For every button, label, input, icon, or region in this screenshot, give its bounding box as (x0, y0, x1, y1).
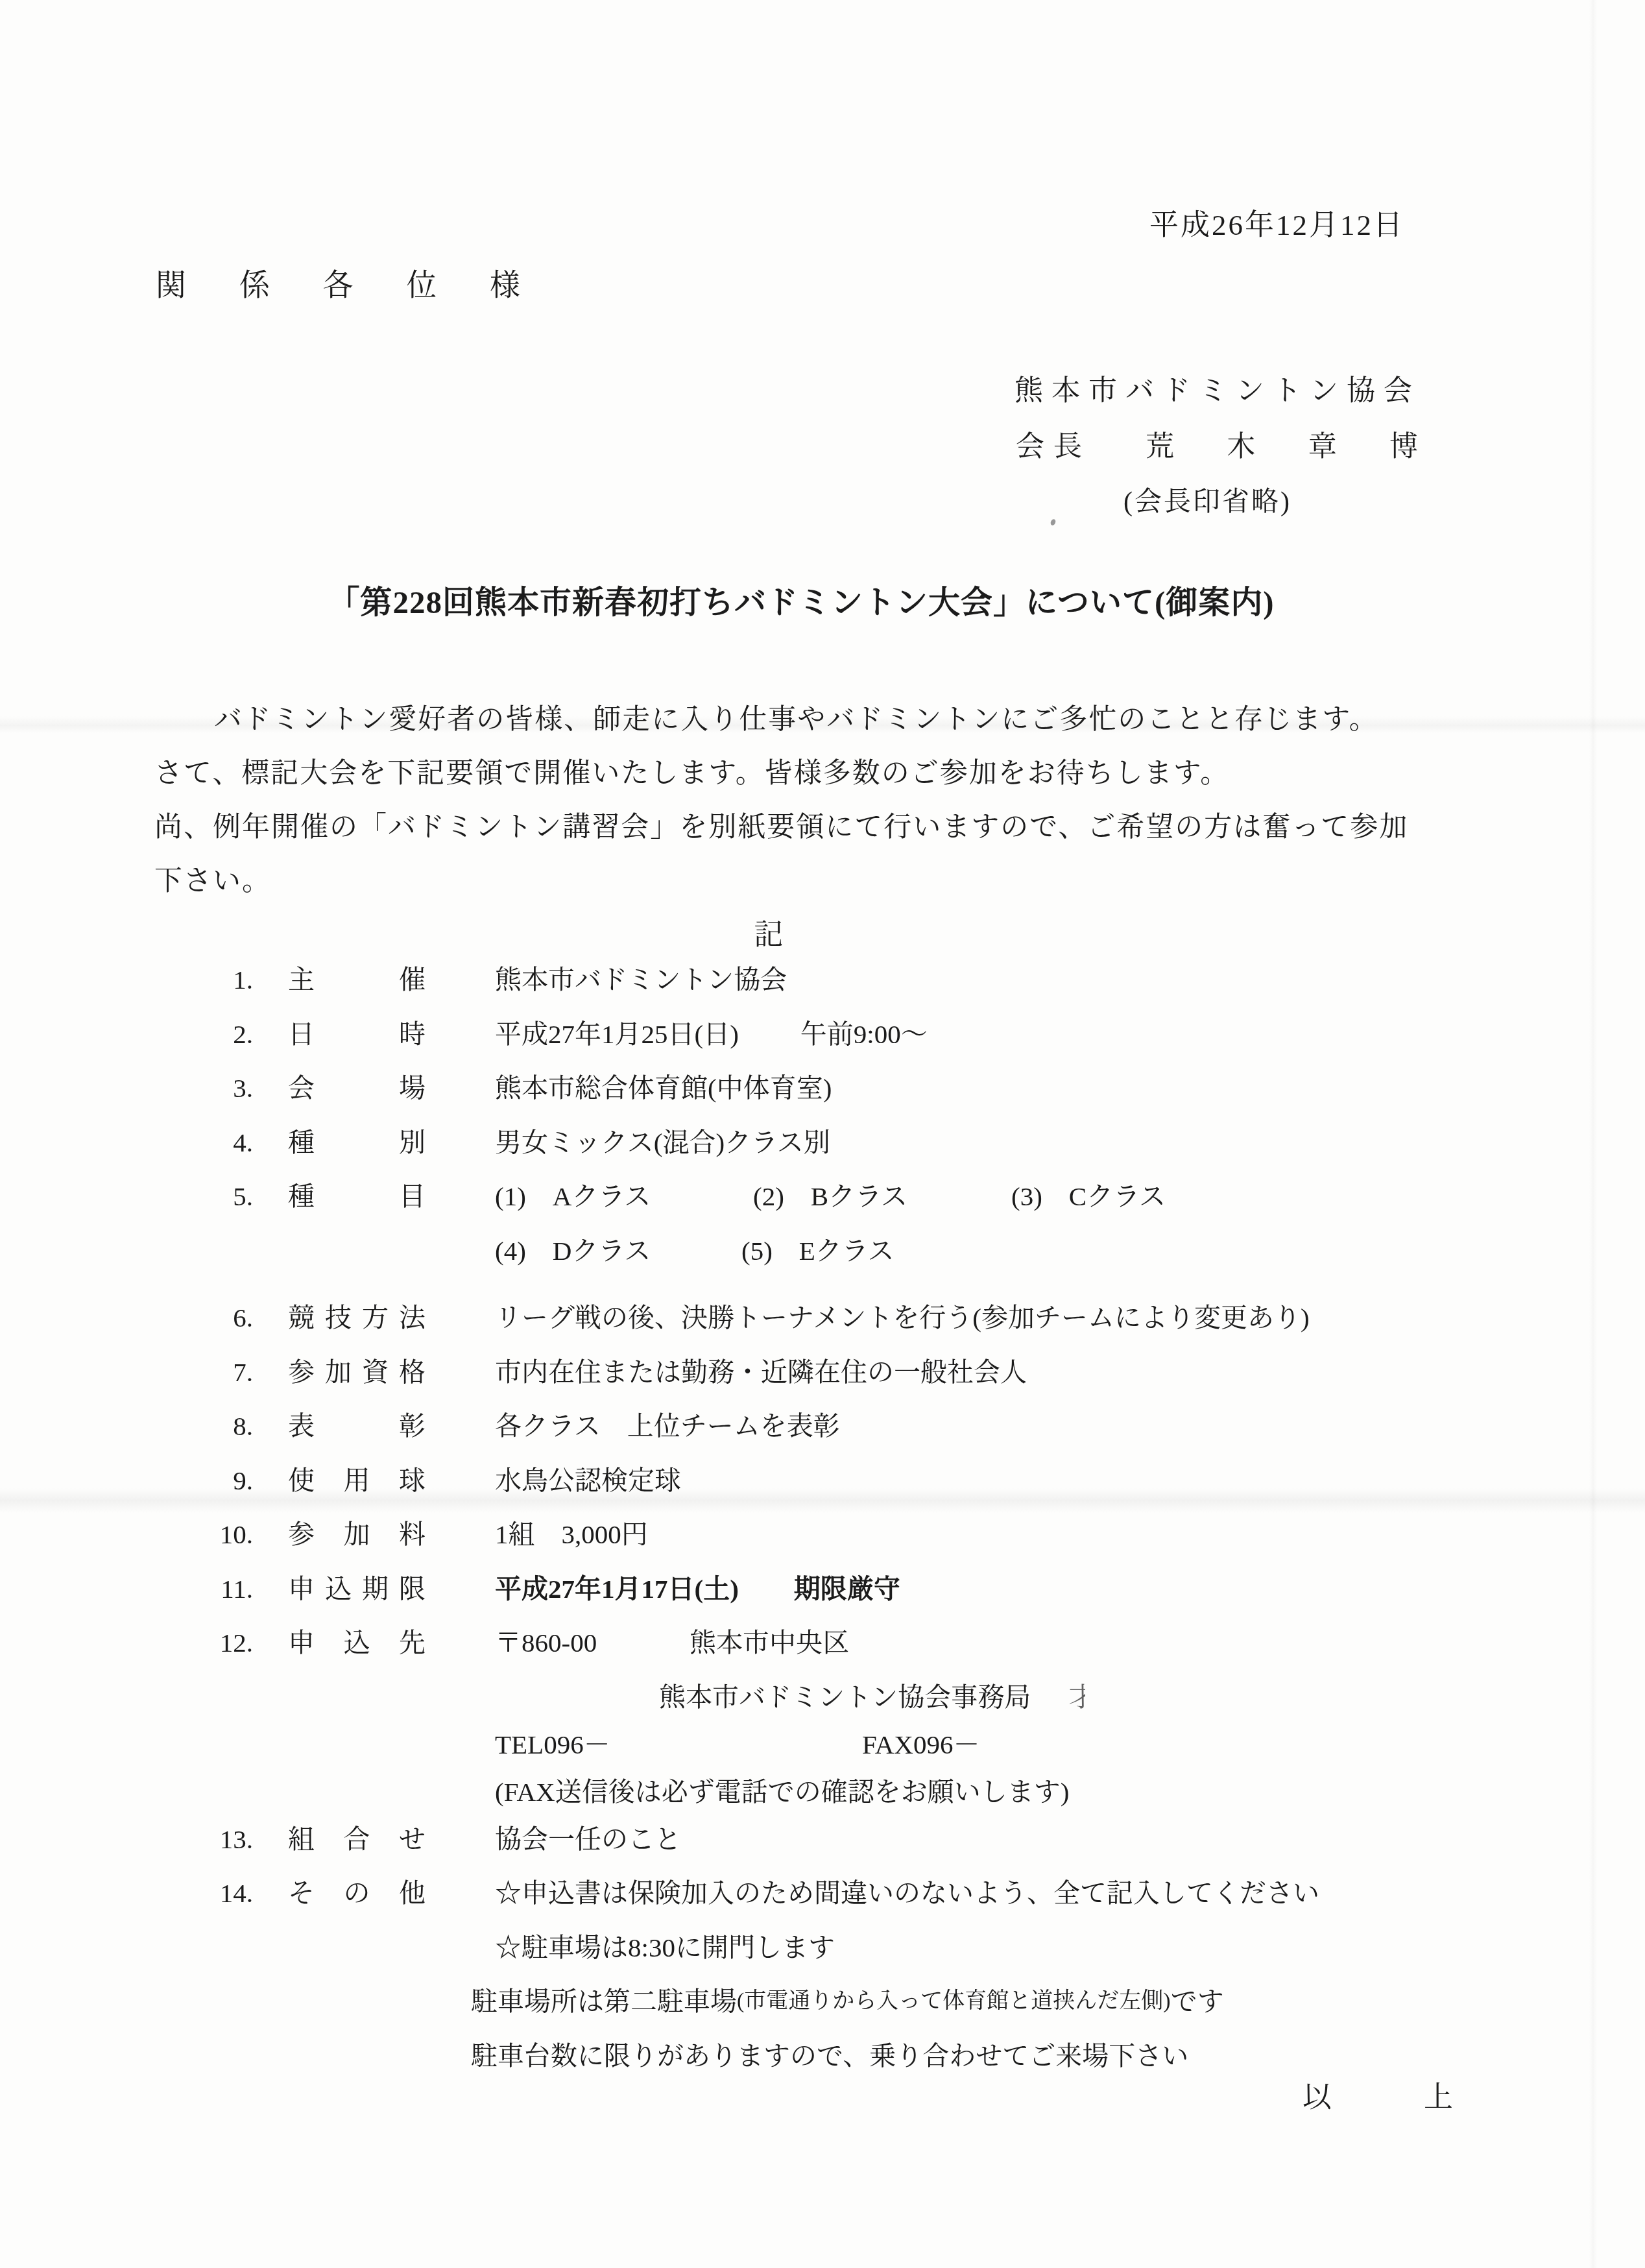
item-value: 熊本市バドミントン協会事務局 才 (659, 1679, 1085, 1715)
recipient: 関係各位様 (156, 261, 520, 304)
list-item-awards: 8. 表彰 各クラス 上位チームを表彰 (162, 1408, 1589, 1462)
item-label: 参加資格 (288, 1354, 426, 1390)
item-number: 11. (162, 1571, 253, 1607)
item-label: 種目 (288, 1178, 426, 1214)
deadline-note: 期限厳守 (794, 1571, 900, 1607)
item-value: 平成27年1月25日(日) 午前9:00～ (495, 1016, 928, 1052)
class-entry: (1) Aクラス (495, 1178, 753, 1214)
item-number: 2. (162, 1016, 253, 1052)
item-number: 9. (162, 1462, 253, 1499)
greeting-paragraph: バドミントン愛好者の皆様、師走に入り仕事やバドミントンにご多忙のことと存じます。… (154, 693, 1387, 908)
item-value: 協会一任のこと (495, 1821, 681, 1857)
scan-remnant-mark: 才 (1068, 1679, 1085, 1715)
item-number: 5. (162, 1178, 253, 1214)
event-time: 午前9:00～ (800, 1016, 928, 1052)
item-value: 〒860-00 熊本市中央区 (495, 1624, 849, 1661)
event-date: 平成27年1月25日(日) (495, 1016, 739, 1052)
parking-location-paren: (市電通りから入って体育館と道挟んだ左側) (737, 1983, 1171, 2020)
item-value: (4) Dクラス (5) Eクラス (495, 1233, 895, 1269)
class-entry: (3) Cクラス (1011, 1178, 1166, 1214)
sender-line: 会長 荒木章博 (1016, 423, 1418, 464)
item-value: 市内在住または勤務・近隣在住の一般社会人 (495, 1354, 1027, 1390)
greeting-line: さて、標記大会を下記要領で開催いたします。皆様多数のご参加をお待ちします。 (154, 747, 1387, 801)
parking-location-suffix: です (1171, 1983, 1224, 2020)
item-number: 12. (162, 1624, 253, 1661)
postal-code: 〒860-00 (495, 1624, 690, 1661)
subject-title: 「第228回熊本市新春初打ちバドミントン大会」について(御案内) (0, 577, 1602, 623)
greeting-line: バドミントン愛好者の皆様、師走に入り仕事やバドミントンにご多忙のことと存じます。 (154, 693, 1387, 747)
list-item-pairing: 13. 組合せ 協会一任のこと (162, 1821, 1589, 1876)
item-value: 水鳥公認検定球 (495, 1462, 681, 1499)
list-item-deadline: 11. 申込期限 平成27年1月17日(土) 期限厳守 (162, 1571, 1589, 1625)
item-label: 会場 (288, 1070, 426, 1106)
item-value: TEL096－ FAX096－ (495, 1726, 979, 1763)
item-number: 8. (162, 1408, 253, 1444)
other-note-line: 駐車場所は第二駐車場 (市電通りから入って体育館と道挟んだ左側) です (162, 1983, 1589, 2038)
sender-organization: 熊本市バドミントン協会 (1015, 367, 1421, 409)
scan-edge-streak (1589, 0, 1597, 2268)
other-note-3: 駐車場所は第二駐車場 (市電通りから入って体育館と道挟んだ左側) です (471, 1983, 1224, 2020)
class-entry: (4) Dクラス (495, 1233, 741, 1269)
item-value: 熊本市総合体育館(中体育室) (495, 1070, 832, 1106)
item-value: リーグ戦の後、決勝トーナメントを行う(参加チームにより変更あり) (495, 1299, 1310, 1336)
item-value: (1) Aクラス (2) Bクラス (3) Cクラス (495, 1178, 1166, 1214)
fax-number: FAX096－ (862, 1726, 979, 1763)
office-name: 熊本市バドミントン協会事務局 (659, 1679, 1031, 1715)
closing-ijou: 以上 (1303, 2073, 1453, 2116)
details-list: 1. 主催 熊本市バドミントン協会 2. 日時 平成27年1月25日(日) 午前… (162, 961, 1589, 2092)
item-label: 申込先 (288, 1624, 426, 1661)
greeting-line: 尚、例年開催の「バドミントン講習会」を別紙要領にて行いますので、ご希望の方は奮っ… (154, 801, 1387, 854)
item-number: 7. (162, 1354, 253, 1390)
fax-confirmation-note: (FAX送信後は必ず電話での確認をお願いします) (495, 1774, 1069, 1810)
item-number: 4. (162, 1124, 253, 1161)
scanned-letter-page: 平成26年12月12日 関係各位様 熊本市バドミントン協会 会長 荒木章博 (会… (0, 0, 1645, 2268)
item-label: 組合せ (288, 1821, 426, 1857)
sender-name: 荒木章博 (1146, 423, 1418, 464)
item-value: 1組 3,000円 (495, 1516, 648, 1552)
class-entry: (5) Eクラス (741, 1233, 895, 1269)
deadline-date: 平成27年1月17日(土) (495, 1571, 739, 1607)
item-number: 14. (162, 1875, 253, 1911)
list-item-category: 4. 種別 男女ミックス(混合)クラス別 (162, 1124, 1589, 1179)
item-number: 10. (162, 1516, 253, 1552)
item-number: 13. (162, 1821, 253, 1857)
application-office-line: 熊本市バドミントン協会事務局 才 (162, 1679, 1589, 1726)
scan-speck (1050, 518, 1056, 526)
item-value: 男女ミックス(混合)クラス別 (495, 1124, 830, 1161)
list-item-format: 6. 競技方法 リーグ戦の後、決勝トーナメントを行う(参加チームにより変更あり) (162, 1299, 1589, 1354)
item-label: その他 (288, 1875, 426, 1911)
other-note-1: ☆申込書は保険加入のため間違いのないよう、全て記入してください (495, 1875, 1319, 1911)
list-item-other: 14. その他 ☆申込書は保険加入のため間違いのないよう、全て記入してください (162, 1875, 1589, 1929)
letter-date: 平成26年12月12日 (1149, 201, 1404, 243)
item-value: 平成27年1月17日(土) 期限厳守 (495, 1571, 900, 1607)
ki-marker: 記 (0, 911, 1537, 953)
item-label: 主催 (288, 961, 426, 998)
item-number: 1. (162, 961, 253, 998)
item-label: 申込期限 (288, 1571, 426, 1607)
item-label: 競技方法 (288, 1299, 426, 1336)
parking-location-text: 駐車場所は第二駐車場 (471, 1983, 737, 2020)
seal-omitted-note: (会長印省略) (1123, 480, 1291, 519)
list-item-application: 12. 申込先 〒860-00 熊本市中央区 (162, 1624, 1589, 1679)
other-note-2: ☆駐車場は8:30に開門します (495, 1929, 835, 1966)
item-value: 熊本市バドミントン協会 (495, 961, 787, 998)
list-item-eligibility: 7. 参加資格 市内在住または勤務・近隣在住の一般社会人 (162, 1354, 1589, 1408)
tel-number: TEL096－ (495, 1726, 862, 1763)
item-label: 種別 (288, 1124, 426, 1161)
class-entry: (2) Bクラス (753, 1178, 1011, 1214)
address-city: 熊本市中央区 (690, 1624, 849, 1661)
item-label: 表彰 (288, 1408, 426, 1444)
item-label: 使用球 (288, 1462, 426, 1499)
list-item-events-cont: (4) Dクラス (5) Eクラス (162, 1233, 1589, 1287)
other-note-4: 駐車台数に限りがありますので、乗り合わせてご来場下さい (471, 2038, 1188, 2074)
sender-title: 会長 (1016, 423, 1091, 464)
item-value: 各クラス 上位チームを表彰 (495, 1408, 840, 1444)
list-item-venue: 3. 会場 熊本市総合体育館(中体育室) (162, 1070, 1589, 1124)
item-label: 参加料 (288, 1516, 426, 1552)
application-phone-line: TEL096－ FAX096－ (162, 1726, 1589, 1774)
list-item-events: 5. 種目 (1) Aクラス (2) Bクラス (3) Cクラス (162, 1178, 1589, 1233)
greeting-line: 下さい。 (154, 854, 1387, 908)
application-faxnote-line: (FAX送信後は必ず電話での確認をお願いします) (162, 1774, 1589, 1821)
other-note-line: ☆駐車場は8:30に開門します (162, 1929, 1589, 1984)
item-number: 6. (162, 1299, 253, 1336)
list-item-host: 1. 主催 熊本市バドミントン協会 (162, 961, 1589, 1016)
list-item-datetime: 2. 日時 平成27年1月25日(日) 午前9:00～ (162, 1016, 1589, 1070)
item-label: 日時 (288, 1016, 426, 1052)
list-item-fee: 10. 参加料 1組 3,000円 (162, 1516, 1589, 1571)
item-number: 3. (162, 1070, 253, 1106)
list-item-shuttlecock: 9. 使用球 水鳥公認検定球 (162, 1462, 1589, 1517)
